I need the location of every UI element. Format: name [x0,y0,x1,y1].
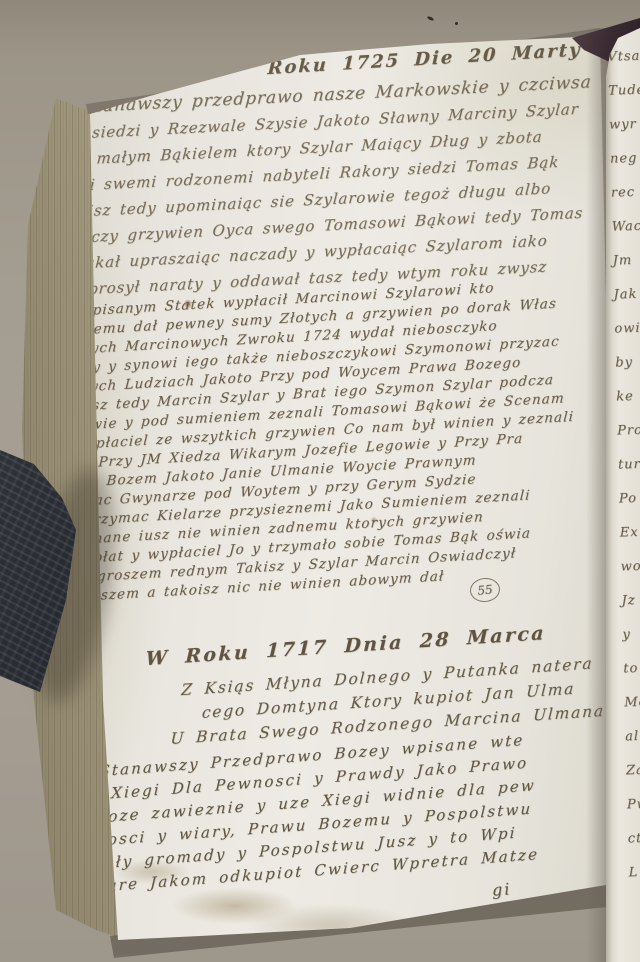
page-number: 244 [81,43,133,73]
heading-superscript-mark: 24 [321,23,341,41]
right-page-text-fragments: Vtsa Tude wyr neg rec Wac Jm Jak owi by … [607,40,640,891]
table-speck [455,22,458,25]
table-speck [427,16,435,22]
entry1-paragraph-upper: Stanawszy przedprawo nasze Markowskie y … [69,69,594,303]
entry2-trailing-word: gi [491,879,512,899]
manuscript-photo: 244 24 Roku 1725 Die 20 Marty Stanawszy … [0,0,640,962]
manuscript-right-page-edge: Vtsa Tude wyr neg rec Wac Jm Jak owi by … [606,14,640,962]
entry2-paragraph: Stanawszy Przedprawo Bozey wpisane wte X… [93,727,545,899]
entry1-paragraph-lower: opisanym Statek wypłacił Marcinowi Szyla… [64,274,584,608]
